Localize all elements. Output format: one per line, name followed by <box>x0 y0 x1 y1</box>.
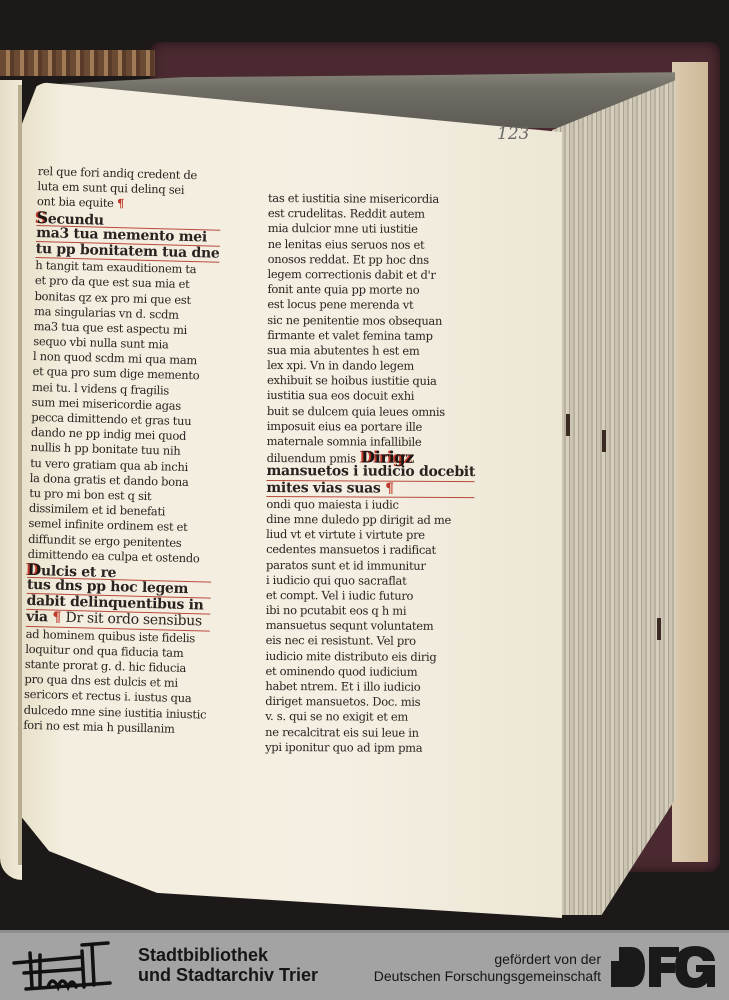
line-text: mia dulcior mne uti iustitie <box>268 221 418 236</box>
text-line: ibi no pcutabit eos q h mi <box>266 603 475 619</box>
library-name-line2: und Stadtarchiv Trier <box>138 965 318 985</box>
line-text: buit se dulcem quia leues omnis <box>267 404 445 419</box>
line-text: et compt. Vel i iudic futuro <box>266 588 413 603</box>
line-text: ypi iponitur quo ad ipm pma <box>265 740 422 755</box>
text-line: ne lenitas eius seruos nos et <box>268 237 477 253</box>
text-line: liud vt et virtute i virtute pre <box>266 527 475 543</box>
binding-headband <box>0 50 155 76</box>
text-line: et ominendo quod iudicium <box>265 664 474 680</box>
line-text: fonit ante quia pp morte no <box>267 282 419 297</box>
page-tab-mark <box>602 430 606 452</box>
line-text: tu pro mi bon est q sit <box>29 486 151 503</box>
line-text: eis nec ei resistunt. Vel pro <box>266 633 416 648</box>
line-text: diriget mansuetos. Doc. mis <box>265 694 420 709</box>
funding-credit: gefördert von der Deutschen Forschungsge… <box>374 951 601 985</box>
line-text: via <box>26 609 53 626</box>
text-line: v. s. qui se no exigit et em <box>265 709 474 725</box>
line-text: Dr sit ordo sensibus <box>65 610 202 630</box>
line-text: firmante et valet femina tamp <box>267 328 433 343</box>
page-tab-mark <box>566 414 570 436</box>
text-line: legem correctionis dabit et d'r <box>268 267 477 283</box>
text-line: sua mia abutentes h est em <box>267 343 476 359</box>
line-text: ne lenitas eius seruos nos et <box>268 237 425 252</box>
line-text: imposuit eius ea portare ille <box>267 419 422 434</box>
text-line: ne recalcitrat eis sui leue in <box>265 725 474 741</box>
text-line: paratos sunt et id immunitur <box>266 557 475 573</box>
line-text: maternale somnia infallibile <box>267 434 422 449</box>
line-text: onosos reddat. Et pp hoc dns <box>268 252 429 267</box>
text-line: sic ne penitentie mos obsequan <box>267 312 476 328</box>
library-name-line1: Stadtbibliothek <box>138 945 318 965</box>
dfg-logo-icon <box>609 945 719 989</box>
text-line: mia dulcior mne uti iustitie <box>268 221 477 237</box>
pilcrow-mark-icon: ¶ <box>52 610 66 626</box>
text-line: onosos reddat. Et pp hoc dns <box>268 252 477 268</box>
pilcrow-mark-icon: ¶ <box>385 480 394 496</box>
line-text: mites vias suas <box>266 480 385 497</box>
text-column-a: rel que fori andiq credent deluta em sun… <box>23 164 222 738</box>
text-line: iudicio mite distributo eis dirig <box>266 649 475 665</box>
line-text: mansuetus sequnt voluntatem <box>266 618 434 633</box>
line-text: est crudelitas. Reddit autem <box>268 206 425 221</box>
line-text: legem correctionis dabit et d'r <box>268 267 436 282</box>
text-line: diriget mansuetos. Doc. mis <box>265 694 474 710</box>
text-line: exhibuit se hoibus iustitie quia <box>267 373 476 389</box>
line-text: habet ntrem. Et i illo iudicio <box>265 679 420 694</box>
line-text: est locus pene merenda vt <box>267 297 413 312</box>
line-text: sua mia abutentes h est em <box>267 343 419 358</box>
manuscript-scan: 123 rel que fori andiq credent deluta em… <box>0 0 729 930</box>
text-line: lex xpi. Vn in dando legem <box>267 358 476 374</box>
rubric-line: mites vias suas ¶ <box>266 481 475 498</box>
funding-line2: Deutschen Forschungsgemeinschaft <box>374 968 601 985</box>
text-line: tas et iustitia sine misericordia <box>268 191 477 207</box>
text-line: fonit ante quia pp morte no <box>267 282 476 298</box>
stadtbibliothek-trier-logo-icon <box>10 941 120 997</box>
line-text: v. s. qui se no exigit et em <box>265 709 408 724</box>
line-text: sic ne penitentie mos obsequan <box>267 312 442 327</box>
line-text: tas et iustitia sine misericordia <box>268 191 439 206</box>
line-text: cedentes mansuetos i radificat <box>266 542 436 557</box>
text-line: habet ntrem. Et i illo iudicio <box>265 679 474 695</box>
line-text: iudicio mite distributo eis dirig <box>266 649 437 664</box>
line-text: ondi quo maiesta i iudic <box>266 497 398 512</box>
library-name: Stadtbibliothek und Stadtarchiv Trier <box>138 945 318 985</box>
line-text: fori no est mia h pusillanim <box>23 718 175 736</box>
line-text: exhibuit se hoibus iustitie quia <box>267 373 437 388</box>
line-text: iustitia sua eos docuit exhi <box>267 388 414 403</box>
endpaper <box>672 62 708 862</box>
text-line: mansuetus sequnt voluntatem <box>266 618 475 634</box>
line-text: mansuetos i iudicio docebit <box>266 463 475 480</box>
text-line: i iudicio qui quo sacraflat <box>266 573 475 589</box>
page-edges-fore <box>552 80 676 915</box>
funding-line1: gefördert von der <box>374 951 601 968</box>
line-text: lex xpi. Vn in dando legem <box>267 358 414 373</box>
text-line: cedentes mansuetos i radificat <box>266 542 475 558</box>
text-line: imposuit eius ea portare ille <box>267 419 476 435</box>
line-text: ne recalcitrat eis sui leue in <box>265 725 419 740</box>
text-line: et compt. Vel i iudic futuro <box>266 588 475 604</box>
line-text: dine mne duledo pp dirigit ad me <box>266 512 451 527</box>
page-tab-mark <box>657 618 661 640</box>
line-text: et ominendo quod iudicium <box>265 664 417 679</box>
pilcrow-mark-icon: ¶ <box>117 196 124 210</box>
line-text: ibi no pcutabit eos q h mi <box>266 603 407 618</box>
gutter <box>18 85 22 865</box>
text-line: est locus pene merenda vt <box>267 297 476 313</box>
folio-number: 123 <box>497 124 529 144</box>
text-column-b: tas et iustitia sine misericordiaest cru… <box>265 191 476 756</box>
text-line: firmante et valet femina tamp <box>267 328 476 344</box>
line-text: ont bia equite <box>37 194 117 210</box>
line-text: paratos sunt et id immunitur <box>266 557 426 572</box>
text-line: eis nec ei resistunt. Vel pro <box>266 633 475 649</box>
text-line: ypi iponitur quo ad ipm pma <box>265 740 474 756</box>
text-line: dine mne duledo pp dirigit ad me <box>266 512 475 528</box>
text-line: est crudelitas. Reddit autem <box>268 206 477 222</box>
text-line: ondi quo maiesta i iudic <box>266 497 475 513</box>
text-line: iustitia sua eos docuit exhi <box>267 388 476 404</box>
line-text: liud vt et virtute i virtute pre <box>266 527 425 542</box>
text-line: buit se dulcem quia leues omnis <box>267 404 476 420</box>
footer-banner: Stadtbibliothek und Stadtarchiv Trier ge… <box>0 930 729 1000</box>
line-text: i iudicio qui quo sacraflat <box>266 573 407 588</box>
